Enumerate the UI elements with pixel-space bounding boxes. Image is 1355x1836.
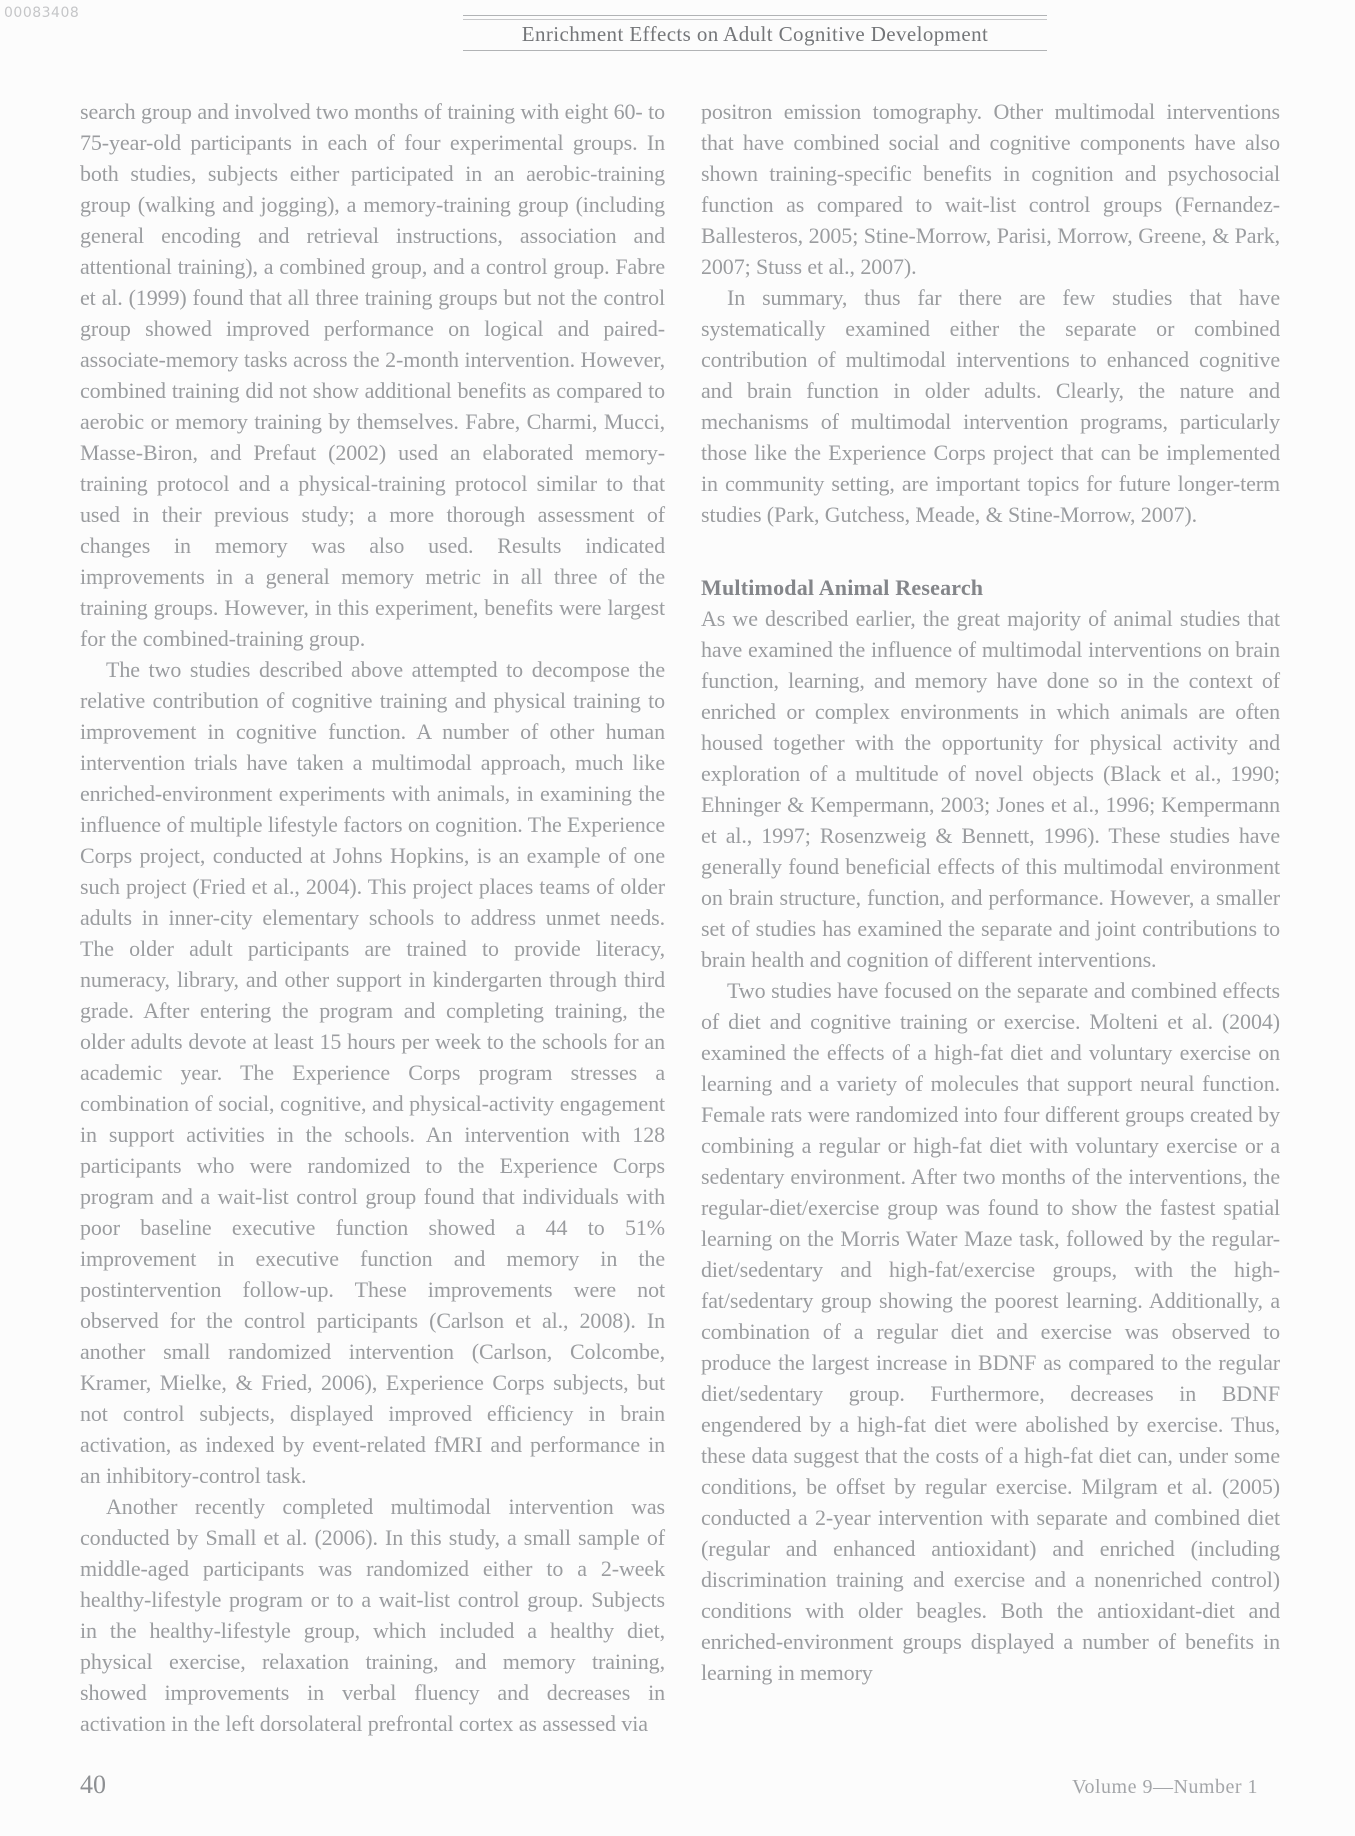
running-head-title: Enrichment Effects on Adult Cognitive De…: [463, 20, 1047, 50]
header-rule-bottom: [463, 50, 1047, 51]
body-paragraph: Two studies have focused on the separate…: [701, 975, 1280, 1688]
section-heading: Multimodal Animal Research: [701, 572, 1280, 603]
left-column: search group and involved two months of …: [80, 96, 665, 1739]
scan-id-code: 00083408: [4, 5, 79, 21]
volume-label: Volume 9—Number 1: [1072, 1776, 1258, 1799]
body-paragraph: Another recently completed multimodal in…: [80, 1491, 665, 1739]
journal-page: 00083408 Enrichment Effects on Adult Cog…: [0, 0, 1355, 1836]
text-columns: search group and involved two months of …: [80, 96, 1280, 1739]
body-paragraph: In summary, thus far there are few studi…: [701, 282, 1280, 530]
body-paragraph: As we described earlier, the great major…: [701, 603, 1280, 975]
page-number: 40: [80, 1770, 106, 1800]
body-paragraph: positron emission tomography. Other mult…: [701, 96, 1280, 282]
body-paragraph: The two studies described above attempte…: [80, 654, 665, 1491]
page-footer: 40 Volume 9—Number 1: [80, 1770, 1258, 1800]
body-paragraph: search group and involved two months of …: [80, 96, 665, 654]
right-column: positron emission tomography. Other mult…: [701, 96, 1280, 1739]
running-head: Enrichment Effects on Adult Cognitive De…: [463, 15, 1047, 51]
